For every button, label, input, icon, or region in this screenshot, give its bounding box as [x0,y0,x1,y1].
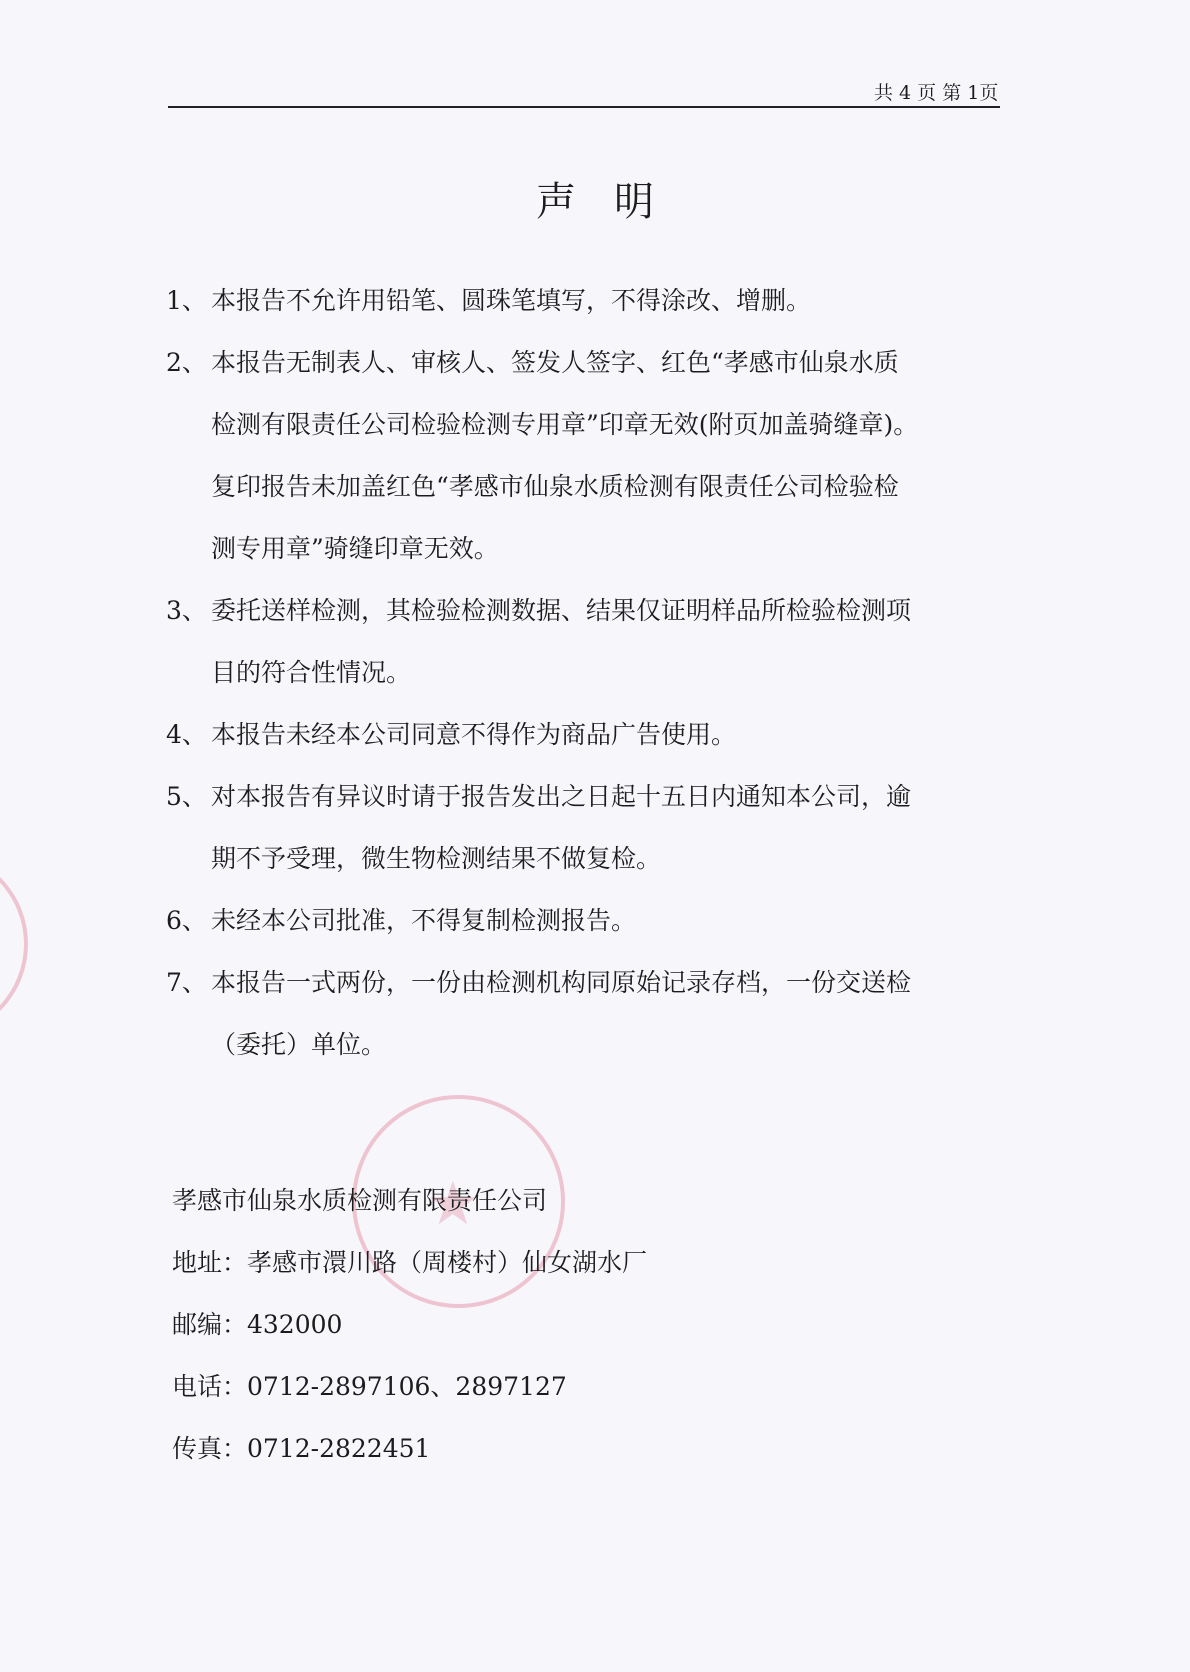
company-fax: 传真：0712-2822451 [172,1418,647,1480]
statement-item-6: 6、 未经本公司批准，不得复制检测报告。 [166,890,1046,952]
item-number: 2、 [166,332,207,394]
item-text: 检测有限责任公司检验检测专用章”印章无效(附页加盖骑缝章)。 [166,394,1046,456]
item-text: 期不予受理，微生物检测结果不做复检。 [166,828,1046,890]
item-text: 目的符合性情况。 [166,642,1046,704]
company-address: 地址：孝感市澴川路（周楼村）仙女湖水厂 [172,1232,647,1294]
document-title: 声明 [0,170,1190,227]
statement-item-2: 2、 本报告无制表人、审核人、签发人签字、红色“孝感市仙泉水质 检测有限责任公司… [166,332,1046,580]
statement-item-3: 3、 委托送样检测，其检验检测数据、结果仅证明样品所检验检测项 目的符合性情况。 [166,580,1046,704]
statement-item-4: 4、 本报告未经本公司同意不得作为商品广告使用。 [166,704,1046,766]
company-name: 孝感市仙泉水质检测有限责任公司 [172,1170,647,1232]
item-number: 5、 [166,766,207,828]
item-number: 1、 [166,270,207,332]
item-text: 对本报告有异议时请于报告发出之日起十五日内通知本公司，逾 [166,766,1046,828]
item-text: 本报告不允许用铅笔、圆珠笔填写，不得涂改、增删。 [166,270,1046,332]
company-postcode: 邮编：432000 [172,1294,647,1356]
item-number: 6、 [166,890,207,952]
item-text: 未经本公司批准，不得复制检测报告。 [166,890,1046,952]
item-number: 7、 [166,952,207,1014]
statement-item-5: 5、 对本报告有异议时请于报告发出之日起十五日内通知本公司，逾 期不予受理，微生… [166,766,1046,890]
item-text: 复印报告未加盖红色“孝感市仙泉水质检测有限责任公司检验检 [166,456,1046,518]
item-text: 测专用章”骑缝印章无效。 [166,518,1046,580]
page-number: 共 4 页 第 1页 [874,78,998,105]
item-number: 3、 [166,580,207,642]
header-divider [168,106,1000,108]
item-text: （委托）单位。 [166,1014,1046,1076]
item-text: 本报告未经本公司同意不得作为商品广告使用。 [166,704,1046,766]
item-text: 本报告一式两份，一份由检测机构同原始记录存档，一份交送检 [166,952,1046,1014]
company-contact-block: 孝感市仙泉水质检测有限责任公司 地址：孝感市澴川路（周楼村）仙女湖水厂 邮编：4… [172,1170,647,1480]
statement-item-7: 7、 本报告一式两份，一份由检测机构同原始记录存档，一份交送检 （委托）单位。 [166,952,1046,1076]
statement-item-1: 1、 本报告不允许用铅笔、圆珠笔填写，不得涂改、增删。 [166,270,1046,332]
item-text: 本报告无制表人、审核人、签发人签字、红色“孝感市仙泉水质 [166,332,1046,394]
seal-stamp-edge [0,850,28,1038]
item-number: 4、 [166,704,207,766]
statement-list: 1、 本报告不允许用铅笔、圆珠笔填写，不得涂改、增删。 2、 本报告无制表人、审… [166,270,1046,1076]
item-text: 委托送样检测，其检验检测数据、结果仅证明样品所检验检测项 [166,580,1046,642]
company-phone: 电话：0712-2897106、2897127 [172,1356,647,1418]
